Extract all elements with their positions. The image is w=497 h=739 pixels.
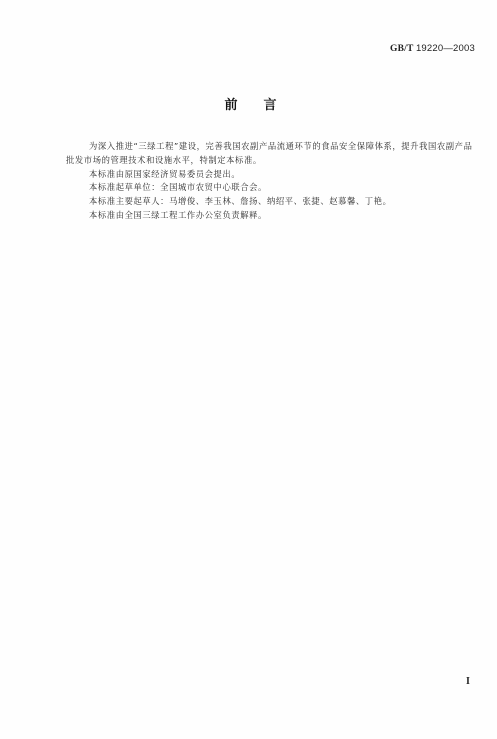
document-page: GB/T 19220—2003 前言 为深入推进“三绿工程”建设，完善我国农副产… [0, 0, 497, 739]
paragraph-interpretation: 本标准由全国三绿工程工作办公室负责解释。 [66, 209, 476, 223]
paragraph-purpose: 为深入推进“三绿工程”建设，完善我国农副产品流通环节的食品安全保障体系，提升我国… [66, 140, 476, 168]
page-number: I [466, 676, 470, 687]
paragraph-drafters: 本标准主要起草人：马增俊、李玉林、詹扬、纳绍平、张捷、赵慕馨、丁艳。 [66, 195, 476, 209]
standard-code: GB/T 19220—2003 [390, 43, 475, 54]
page-title: 前言 [0, 94, 497, 113]
paragraph-proposer: 本标准由原国家经济贸易委员会提出。 [66, 168, 476, 182]
foreword-body: 为深入推进“三绿工程”建设，完善我国农副产品流通环节的食品安全保障体系，提升我国… [66, 140, 476, 223]
standard-number: 19220—2003 [416, 43, 475, 54]
standard-prefix: GB/T [390, 44, 413, 54]
paragraph-drafting-unit: 本标准起草单位：全国城市农贸中心联合会。 [66, 181, 476, 195]
